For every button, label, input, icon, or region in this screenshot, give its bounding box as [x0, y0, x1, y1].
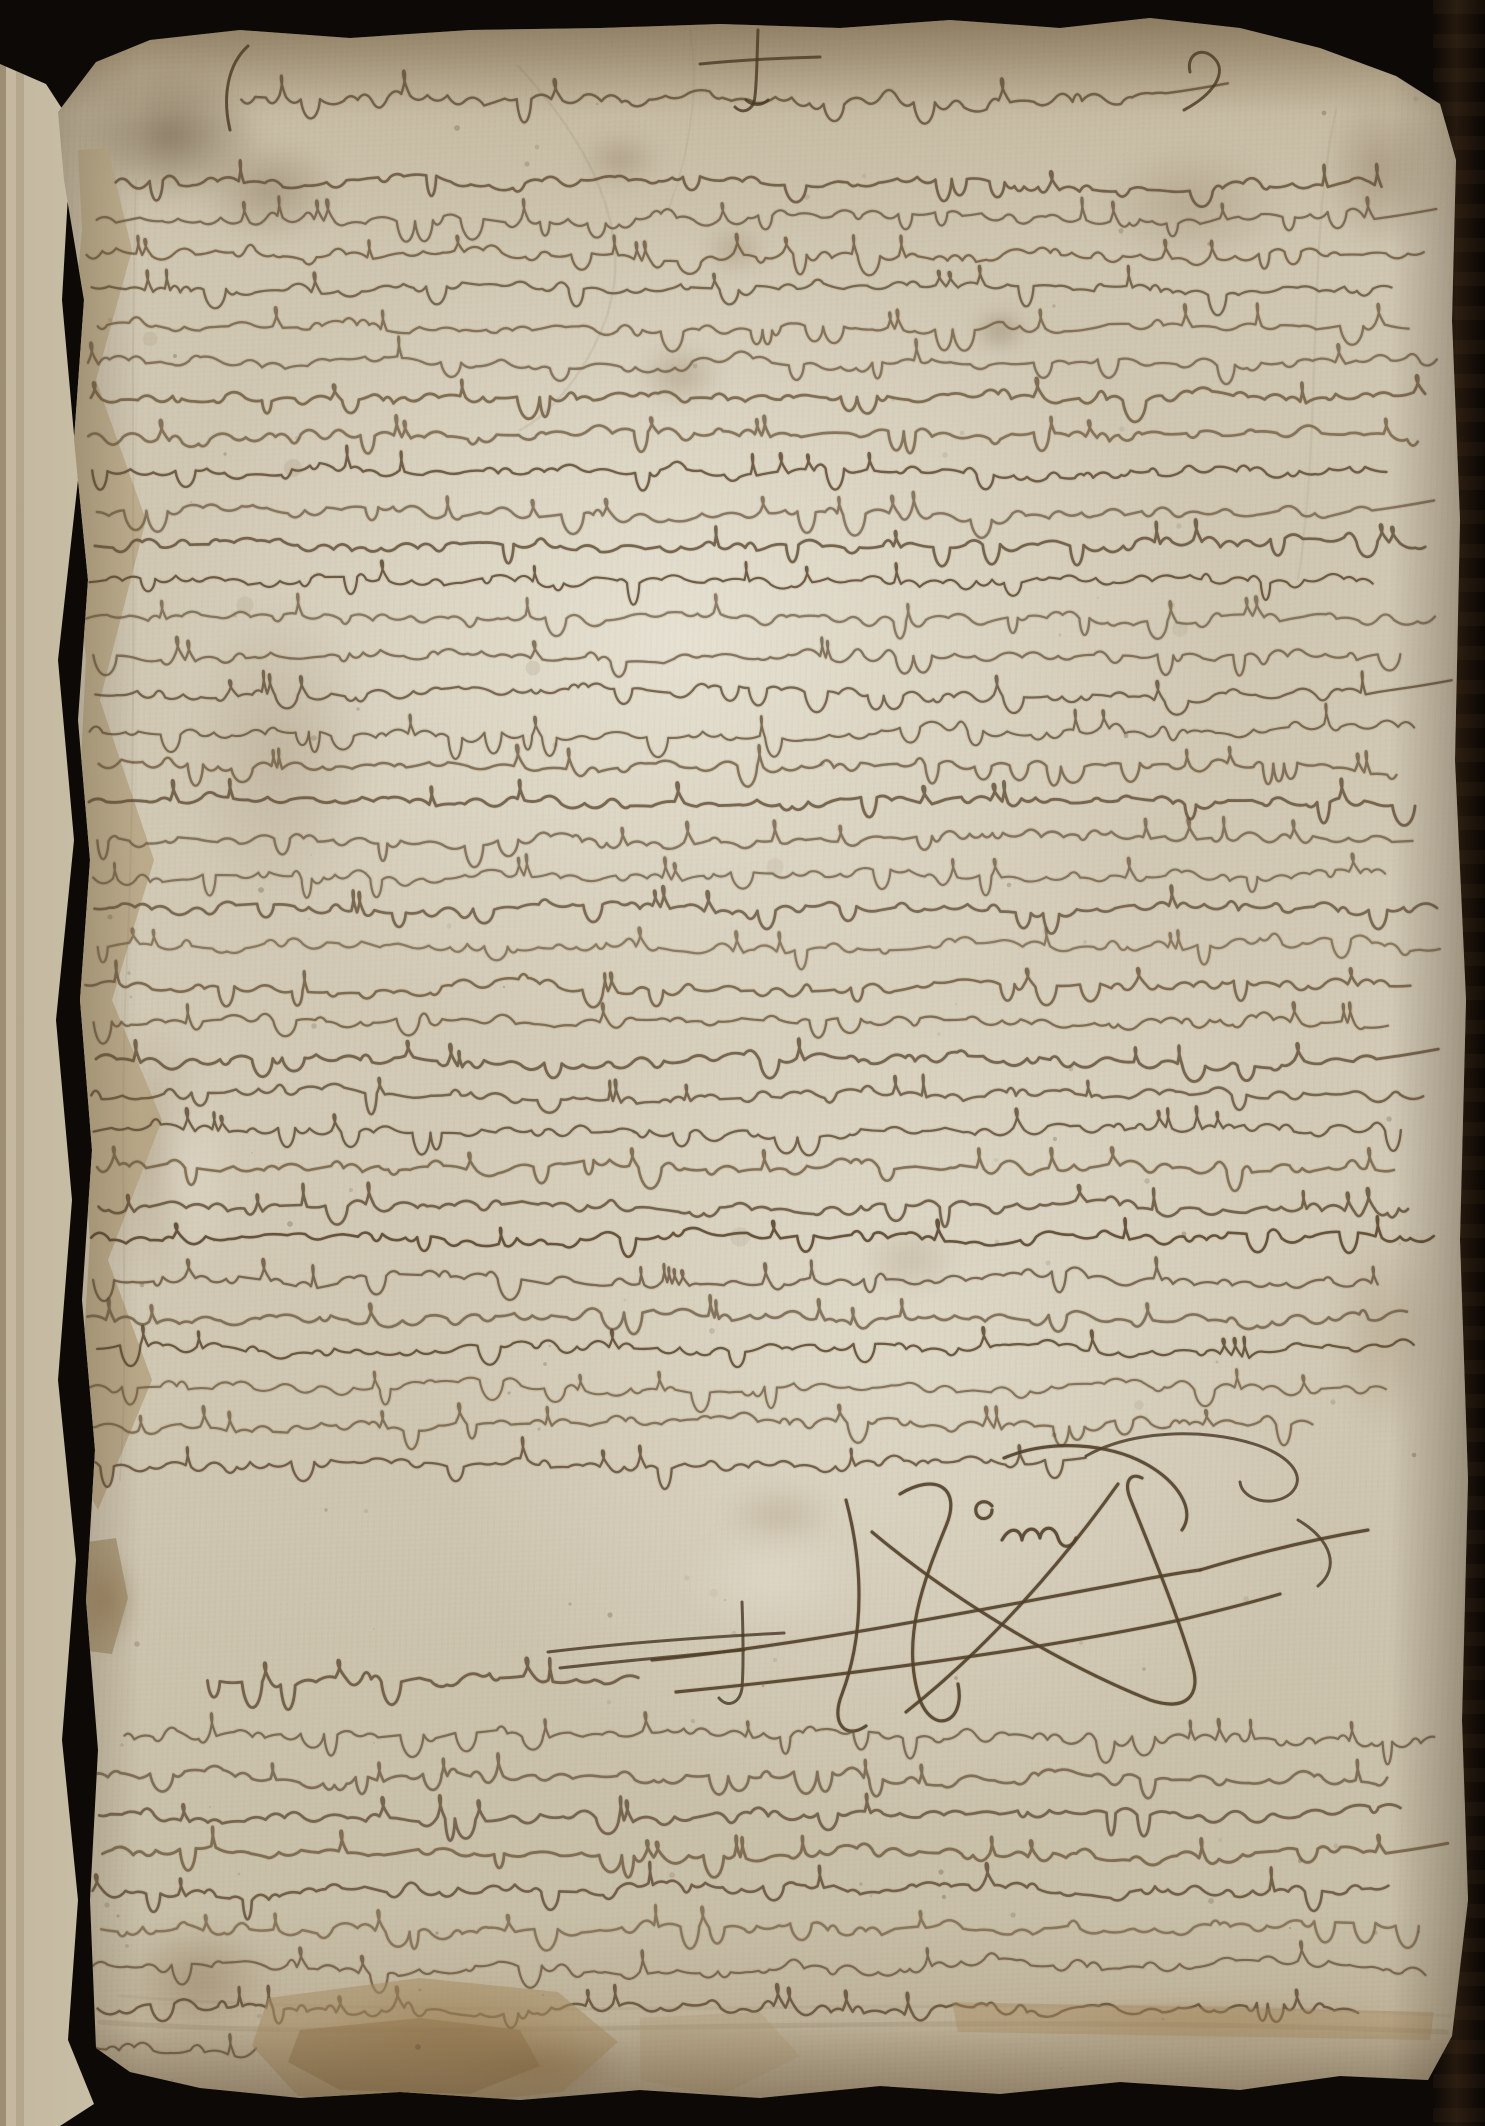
manuscript-scan — [0, 0, 1485, 2126]
manuscript-page — [0, 0, 1485, 2126]
heading-line — [241, 71, 1228, 124]
repair-patches — [60, 1538, 1434, 2106]
notary-signature-rubric — [652, 1446, 1368, 1731]
handwriting-ink — [0, 0, 1485, 2126]
main-paragraph — [85, 160, 1451, 1489]
